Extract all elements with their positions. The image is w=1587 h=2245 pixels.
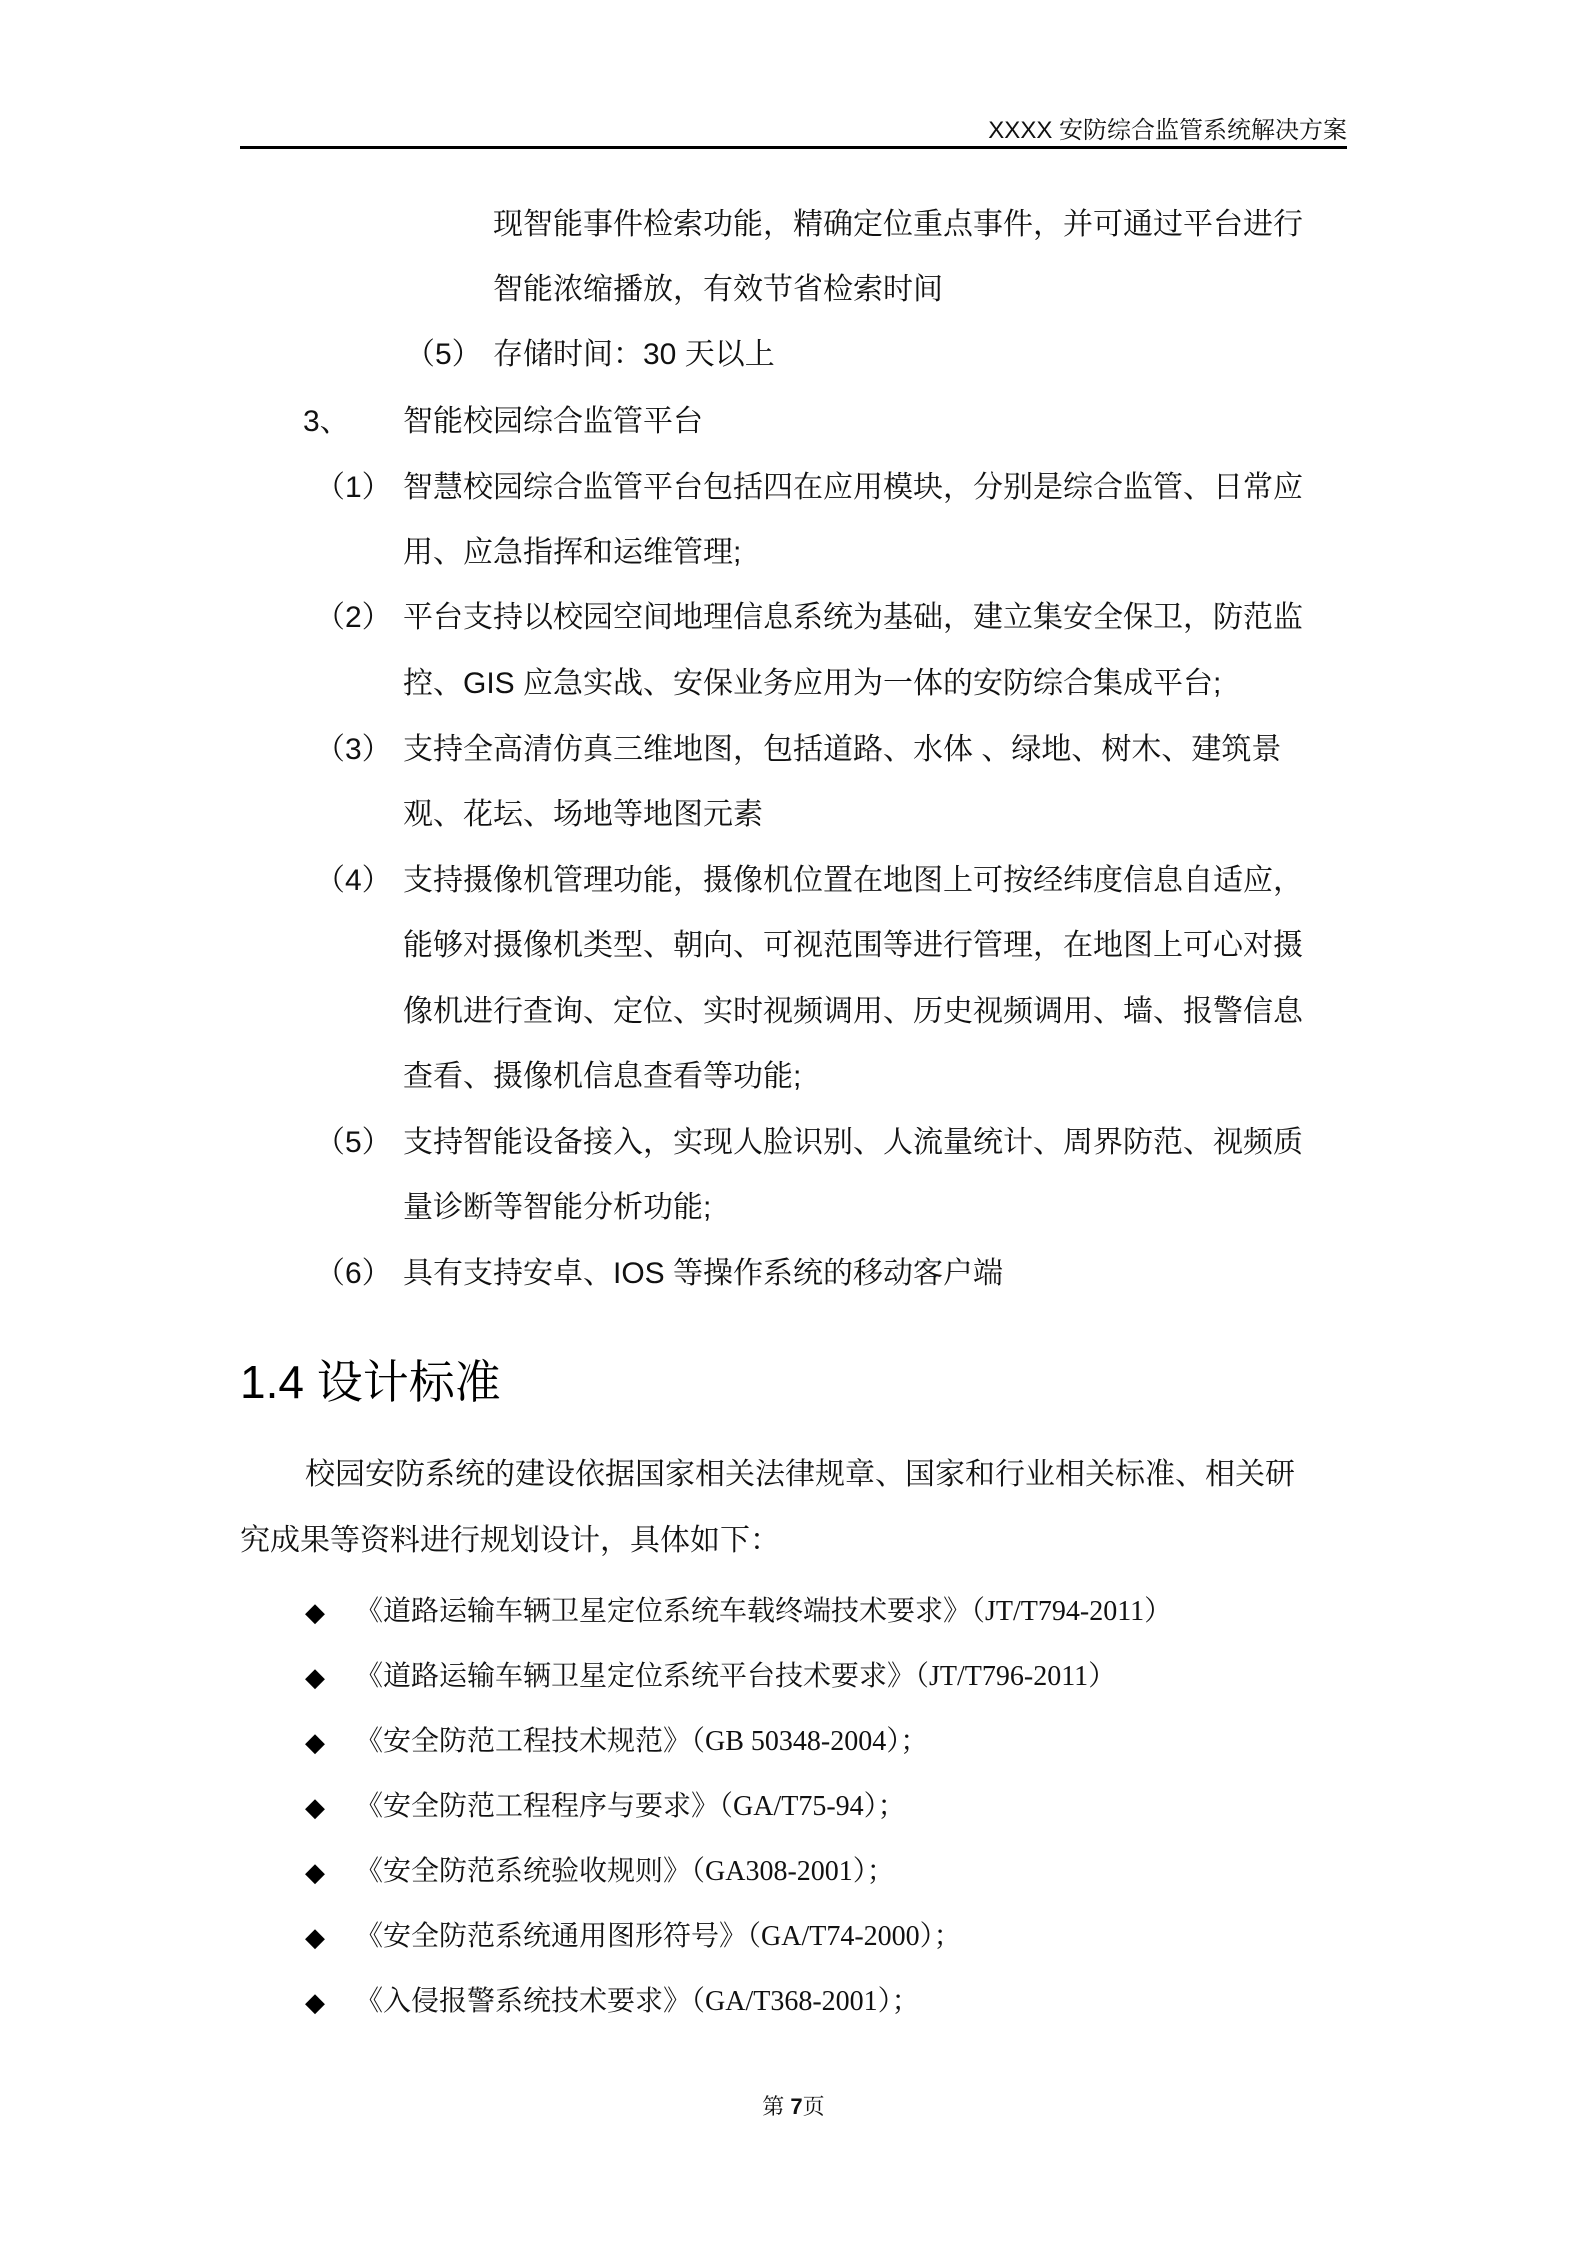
item-text: 支持摄像机管理功能，摄像机位置在地图上可按经纬度信息自适应， xyxy=(403,861,1303,901)
item-text: 能够对摄像机类型、朝向、可视范围等进行管理，在地图上可心对摄 xyxy=(403,926,1303,966)
item-label: （6） xyxy=(315,1254,392,1294)
item-label: （2） xyxy=(315,598,392,638)
item-text: 智慧校园综合监管平台包括四在应用模块，分别是综合监管、日常应 xyxy=(403,468,1303,508)
item-text: 量诊断等智能分析功能; xyxy=(403,1188,711,1228)
header-divider xyxy=(240,146,1347,149)
item-label: （4） xyxy=(315,861,392,901)
standard-item: 《道路运输车辆卫星定位系统平台技术要求》（JT/T796-2011） xyxy=(355,1657,1116,1697)
item-text: 支持全高清仿真三维地图，包括道路、水体 、绿地、树木、建筑景 xyxy=(403,730,1281,770)
item-text: 平台支持以校园空间地理信息系统为基础，建立集安全保卫，防范监 xyxy=(403,598,1303,638)
standard-item: 《入侵报警系统技术要求》（GA/T368-2001）； xyxy=(355,1982,920,2022)
item-text: 观、花坛、场地等地图元素 xyxy=(403,795,763,835)
section-number: 3、 xyxy=(303,402,350,442)
intro-line: 究成果等资料进行规划设计，具体如下： xyxy=(240,1521,780,1561)
item-text: 存储时间：30 天以上 xyxy=(493,335,775,375)
item-text: 像机进行查询、定位、实时视频调用、历史视频调用、墙、报警信息 xyxy=(403,992,1303,1032)
standard-item: 《安全防范系统通用图形符号》（GA/T74-2000）； xyxy=(355,1917,962,1957)
intro-line: 校园安防系统的建设依据国家相关法律规章、国家和行业相关标准、相关研 xyxy=(305,1455,1295,1495)
item-label: （5） xyxy=(315,1123,392,1163)
item-text: 支持智能设备接入，实现人脸识别、人流量统计、周界防范、视频质 xyxy=(403,1123,1303,1163)
item-text: 具有支持安卓、IOS 等操作系统的移动客户端 xyxy=(403,1254,1003,1294)
diamond-bullet-icon: ◆ xyxy=(305,1917,325,1957)
item-label: （3） xyxy=(315,730,392,770)
page-footer: 第 7页 xyxy=(0,2090,1587,2121)
diamond-bullet-icon: ◆ xyxy=(305,1657,325,1697)
item-text: 查看、摄像机信息查看等功能; xyxy=(403,1057,801,1097)
paragraph-line: 智能浓缩播放，有效节省检索时间 xyxy=(493,270,943,310)
diamond-bullet-icon: ◆ xyxy=(305,1722,325,1762)
standard-item: 《安全防范系统验收规则》（GA308-2001）； xyxy=(355,1852,895,1892)
standard-item: 《安全防范工程技术规范》（GB 50348-2004）； xyxy=(355,1722,928,1762)
standard-item: 《道路运输车辆卫星定位系统车载终端技术要求》（JT/T794-2011） xyxy=(355,1592,1172,1632)
item-text: 控、GIS 应急实战、安保业务应用为一体的安防综合集成平台; xyxy=(403,664,1221,704)
document-title: XXXX 安防综合监管系统解决方案 xyxy=(988,110,1347,145)
section-heading: 1.4 设计标准 xyxy=(240,1352,501,1412)
page-prefix: 第 xyxy=(762,2094,790,2119)
item-label: （1） xyxy=(315,468,392,508)
diamond-bullet-icon: ◆ xyxy=(305,1852,325,1892)
standard-item: 《安全防范工程程序与要求》（GA/T75-94）； xyxy=(355,1787,906,1827)
diamond-bullet-icon: ◆ xyxy=(305,1592,325,1632)
page-number: 7 xyxy=(790,2094,802,2119)
section-title: 智能校园综合监管平台 xyxy=(403,402,703,442)
item-text: 用、应急指挥和运维管理; xyxy=(403,533,741,573)
diamond-bullet-icon: ◆ xyxy=(305,1982,325,2022)
page-suffix: 页 xyxy=(803,2094,825,2119)
paragraph-line: 现智能事件检索功能，精确定位重点事件，并可通过平台进行 xyxy=(493,205,1303,245)
item-label: （5） xyxy=(405,335,482,375)
diamond-bullet-icon: ◆ xyxy=(305,1787,325,1827)
